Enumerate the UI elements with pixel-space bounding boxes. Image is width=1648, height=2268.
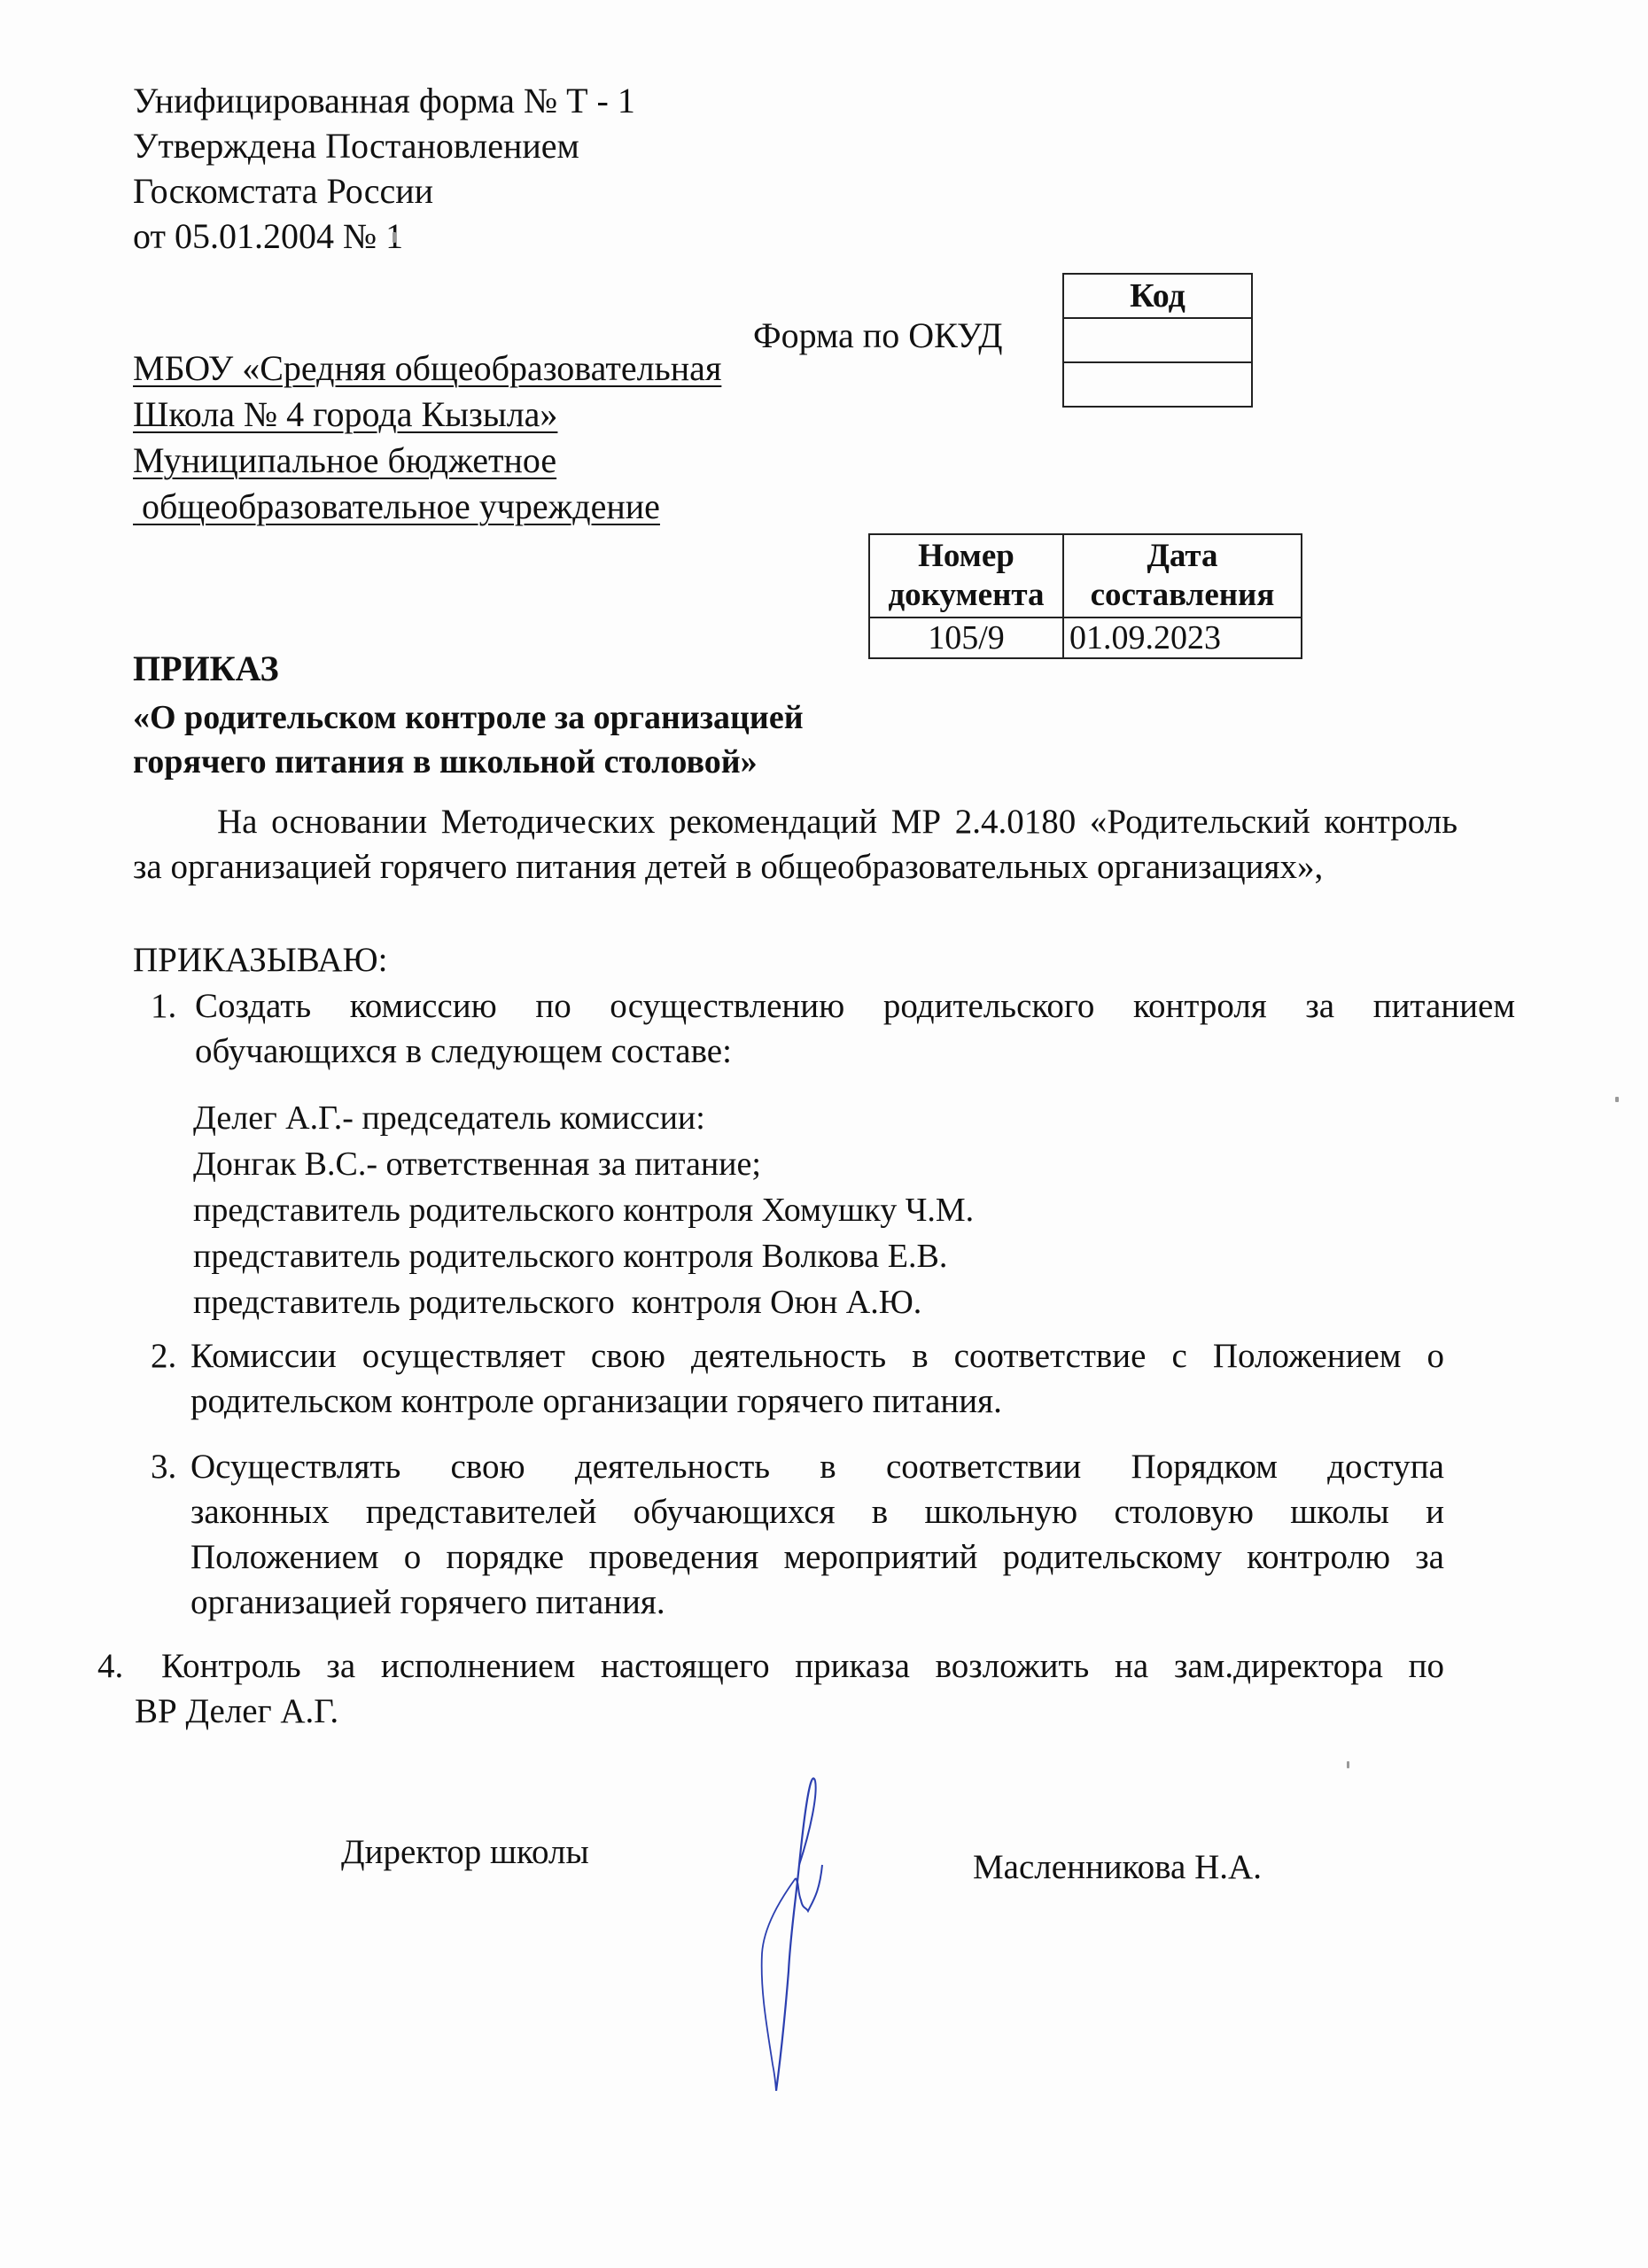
signatory-name: Масленникова Н.А. xyxy=(973,1847,1262,1887)
handwritten-signature xyxy=(727,1759,904,2095)
organization-line: Школа № 4 города Кызыла» xyxy=(133,392,721,438)
okud-label: Форма по ОКУД xyxy=(753,315,1003,356)
item-line: Комиссии осуществляет свою деятельность … xyxy=(190,1333,1444,1379)
item-line: родительском контроле организации горяче… xyxy=(190,1379,1444,1424)
scan-speck xyxy=(1347,1761,1349,1768)
document-number-date-table: Номер документа Дата составления 105/9 0… xyxy=(868,533,1302,659)
item-number: 1. xyxy=(151,983,176,1029)
item-line: обучающихся в следующем составе: xyxy=(195,1029,1515,1074)
order-title: ПРИКАЗ xyxy=(133,647,279,691)
doc-date-value: 01.09.2023 xyxy=(1063,617,1302,658)
organization-block: МБОУ «Средняя общеобразовательная Школа … xyxy=(133,346,721,530)
item-line: законных представителей обучающихся в шк… xyxy=(190,1489,1444,1534)
organization-line: Муниципальное бюджетное xyxy=(133,438,721,484)
scan-speck xyxy=(393,232,396,243)
order-subject-line: горячего питания в школьной столовой» xyxy=(133,740,804,784)
signatory-role: Директор школы xyxy=(341,1832,589,1872)
item-line: Положением о порядке проведения мероприя… xyxy=(190,1534,1444,1580)
doc-date-header-line: составления xyxy=(1091,577,1275,613)
scanned-document-page: Унифицированная форма № Т - 1 Утверждена… xyxy=(0,0,1648,2268)
item-number: 4. xyxy=(97,1643,123,1689)
commission-member: представитель родительского контроля Вол… xyxy=(193,1234,947,1279)
form-header-line: Госкомстата России xyxy=(133,168,635,214)
doc-number-header-line: документа xyxy=(888,577,1044,613)
doc-number-header: Номер документа xyxy=(869,534,1063,617)
doc-number-value: 105/9 xyxy=(869,617,1063,658)
doc-date-header-line: Дата xyxy=(1147,538,1217,574)
code-table: Код xyxy=(1062,273,1253,408)
item-line: Контроль за исполнением настоящего прика… xyxy=(161,1643,1444,1689)
item-line: Осуществлять свою деятельность в соответ… xyxy=(190,1444,1444,1489)
form-header-line: Утверждена Постановлением xyxy=(133,123,635,168)
form-header-line: Унифицированная форма № Т - 1 xyxy=(133,78,635,123)
organization-line: МБОУ «Средняя общеобразовательная xyxy=(133,346,721,392)
commission-member: Делег А.Г.- председатель комиссии: xyxy=(193,1096,705,1141)
item-line: Создать комиссию по осуществлению родите… xyxy=(195,983,1515,1029)
commission-member: представитель родительского контроля Оюн… xyxy=(193,1280,921,1325)
form-header-line: от 05.01.2004 № 1 xyxy=(133,214,635,259)
doc-number-header-line: Номер xyxy=(918,538,1014,574)
form-header: Унифицированная форма № Т - 1 Утверждена… xyxy=(133,78,635,259)
item-number: 3. xyxy=(151,1444,176,1489)
commission-member: Донгак В.С.- ответственная за питание; xyxy=(193,1142,761,1187)
order-word: ПРИКАЗЫВАЮ: xyxy=(133,937,387,983)
item-line: ВР Делег А.Г. xyxy=(135,1689,1444,1734)
order-subject: «О родительском контроле за организацией… xyxy=(133,695,804,784)
organization-line: общеобразовательное учреждение xyxy=(133,484,721,530)
doc-date-header: Дата составления xyxy=(1063,534,1302,617)
order-subject-line: «О родительском контроле за организацией xyxy=(133,695,804,740)
code-cell-okpo xyxy=(1063,362,1252,407)
item-number: 2. xyxy=(151,1333,176,1379)
code-cell-okud xyxy=(1063,318,1252,362)
commission-member: представитель родительского контроля Хом… xyxy=(193,1188,974,1233)
code-header: Код xyxy=(1063,274,1252,318)
scan-speck xyxy=(1615,1097,1619,1102)
item-line: организацией горячего питания. xyxy=(190,1580,1444,1625)
order-basis-paragraph: На основании Методических рекомендаций М… xyxy=(133,799,1458,889)
